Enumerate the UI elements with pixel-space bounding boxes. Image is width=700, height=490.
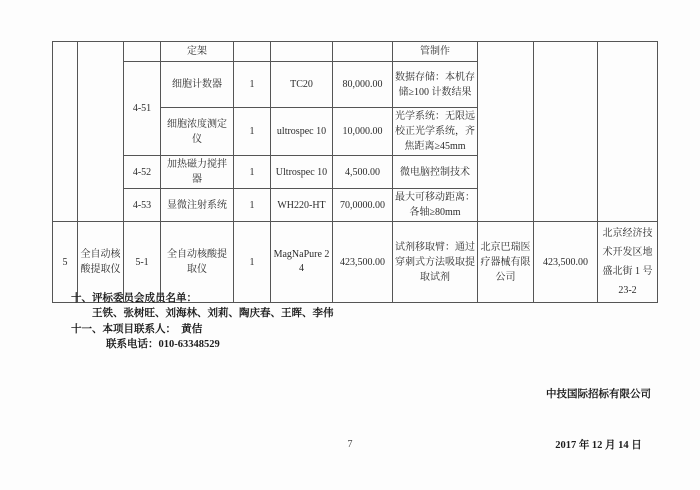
document-page: 定架 管制作 4-51 细胞计数器 1 TC20 80,000.00 数据存储：…	[0, 0, 700, 490]
cell-price: 10,000.00	[333, 108, 393, 156]
cell-pkg-452: 4-52	[124, 156, 161, 189]
cell-spec: 最大可移动距离：各轴≥80mm	[393, 189, 478, 222]
cell-model: TC20	[271, 62, 333, 108]
cell-pkg-453: 4-53	[124, 189, 161, 222]
cell-pkg-451: 4-51	[124, 62, 161, 156]
cell-model-empty	[271, 42, 333, 62]
cell-seq-merged	[53, 42, 78, 222]
cell-price-empty	[333, 42, 393, 62]
notes-section: 十、评标委员会成员名单： 王铁、张树旺、刘海林、刘莉、陶庆春、王晖、李伟 十一、…	[71, 291, 334, 353]
cell-price: 423,500.00	[333, 222, 393, 303]
table-row-carryover: 定架 管制作	[53, 42, 658, 62]
cell-spec: 光学系统：无限远校正光学系统，齐焦距离≥45mm	[393, 108, 478, 156]
cell-supplier-merged	[478, 42, 534, 222]
cell-pkg-empty	[124, 42, 161, 62]
issuer-company: 中技国际招标有限公司	[546, 386, 651, 403]
cell-qty: 1	[234, 62, 271, 108]
cell-spec: 微电脑控制技术	[393, 156, 478, 189]
cell-supplier: 北京巴瑞医疗器械有限公司	[478, 222, 534, 303]
cell-spec: 试剂移取臂：通过穿刺式方法吸取提取试剂	[393, 222, 478, 303]
cell-qty: 1	[234, 108, 271, 156]
committee-heading: 十、评标委员会成员名单：	[71, 291, 334, 306]
cell-qty-empty	[234, 42, 271, 62]
cell-price: 4,500.00	[333, 156, 393, 189]
cell-item-name: 细胞浓度测定仪	[161, 108, 234, 156]
contact-line: 十一、本项目联系人： 黄佶	[71, 322, 334, 337]
cell-amount-merged	[534, 42, 598, 222]
cell-item-name: 细胞计数器	[161, 62, 234, 108]
cell-item-name: 加热磁力搅拌器	[161, 156, 234, 189]
cell-spec-carryover: 管制作	[393, 42, 478, 62]
cell-item-name: 显微注射系统	[161, 189, 234, 222]
issuer-block: 中技国际招标有限公司 2017 年 12 月 14 日	[546, 352, 651, 488]
cell-amount: 423,500.00	[534, 222, 598, 303]
cell-model: Ultrospec 10	[271, 156, 333, 189]
cell-equipment-merged	[78, 42, 124, 222]
bid-result-table: 定架 管制作 4-51 细胞计数器 1 TC20 80,000.00 数据存储：…	[52, 41, 658, 303]
cell-price: 80,000.00	[333, 62, 393, 108]
cell-address-merged	[598, 42, 658, 222]
committee-members: 王铁、张树旺、刘海林、刘莉、陶庆春、王晖、李伟	[71, 306, 334, 321]
cell-model: WH220-HT	[271, 189, 333, 222]
cell-spec: 数据存储：本机存储≥100 计数结果	[393, 62, 478, 108]
cell-qty: 1	[234, 156, 271, 189]
cell-address: 北京经济技术开发区地盛北街 1 号 23-2	[598, 222, 658, 303]
cell-price: 70,0000.00	[333, 189, 393, 222]
phone-line: 联系电话：010-63348529	[71, 337, 334, 352]
cell-name-carryover: 定架	[161, 42, 234, 62]
cell-model: ultrospec 10	[271, 108, 333, 156]
cell-qty: 1	[234, 189, 271, 222]
page-number: 7	[0, 439, 700, 450]
